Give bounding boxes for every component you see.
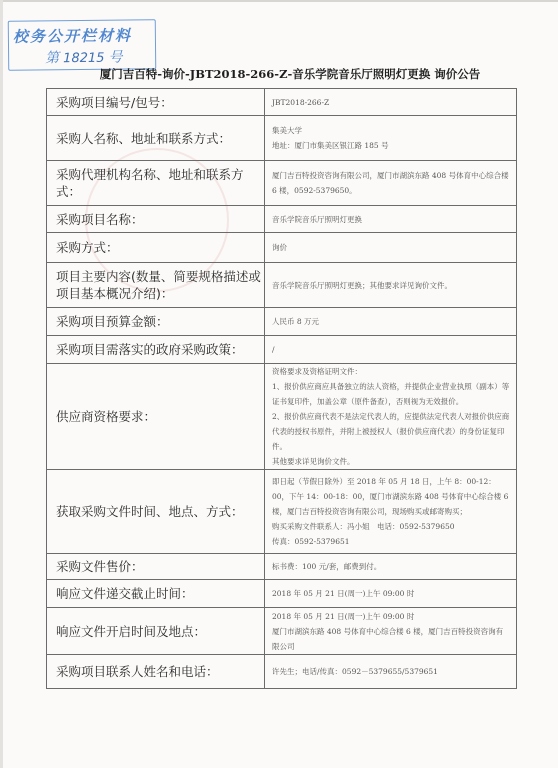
table-row: 采购方式： 询价 [47,233,517,263]
row-value: 2018 年 05 月 21 日(周一)上午 09:00 时 厦门市湖滨东路 4… [265,608,517,655]
value-line: 其他要求详见询价文件。 [272,454,510,469]
row-value: 音乐学院音乐厅照明灯更换；其他要求详见询价文件。 [265,263,517,308]
value-line: 询价 [272,240,510,255]
value-line: JBT2018-266-Z [272,95,510,110]
value-line: 2018 年 05 月 21 日(周一)上午 09:00 时 [272,609,510,624]
value-line: 地址：厦门市集美区银江路 185 号 [272,138,510,153]
value-line: 厦门吉百特投资咨询有限公司，厦门市湖滨东路 408 号体育中心综合楼 6 楼，0… [272,168,510,198]
table-row: 响应文件开启时间及地点： 2018 年 05 月 21 日(周一)上午 09:0… [47,608,517,655]
row-label: 项目主要内容(数量、简要规格描述或项目基本概况介绍)： [47,263,265,308]
table-row: 采购文件售价： 标书费：100 元/套，邮费到付。 [47,554,517,580]
table-row: 供应商资格要求： 资格要求及资格证明文件： 1、报价供应商应具备独立的法人资格，… [47,364,517,470]
stamp-suffix: 号 [108,50,122,66]
value-line: 1、报价供应商应具备独立的法人资格，并提供企业营业执照（副本）等证书复印件，加盖… [272,379,510,409]
row-value: 2018 年 05 月 21 日(周一)上午 09:00 时 [265,580,517,608]
row-value: 厦门吉百特投资咨询有限公司，厦门市湖滨东路 408 号体育中心综合楼 6 楼，0… [265,161,517,206]
table-row: 采购项目预算金额： 人民币 8 万元 [47,308,517,336]
value-line: 即日起（节假日除外）至 2018 年 05 月 18 日，上午 8：00-12：… [272,474,510,519]
row-label: 响应文件开启时间及地点： [47,608,265,655]
stamp-text: 校务公开栏材料 [13,24,132,46]
value-line: 音乐学院音乐厅照明灯更换；其他要求详见询价文件。 [272,278,510,293]
row-label: 供应商资格要求： [47,364,265,470]
table-row: 响应文件递交截止时间： 2018 年 05 月 21 日(周一)上午 09:00… [47,580,517,608]
value-line: 集美大学 [272,123,510,138]
table-row: 采购项目需落实的政府采购政策： / [47,336,517,364]
value-line: 2018 年 05 月 21 日(周一)上午 09:00 时 [272,586,510,601]
row-label: 采购人名称、地址和联系方式： [47,116,265,161]
value-line: / [272,342,510,357]
row-label: 响应文件递交截止时间： [47,580,265,608]
value-line: 2、报价供应商代表不是法定代表人的，应提供法定代表人对报价供应商代表的授权书原件… [272,409,510,454]
table-row: 采购项目联系人姓名和电话： 许先生；电话/传真：0592－5379655/537… [47,655,517,689]
stamp-prefix: 第 [45,50,59,66]
value-line: 标书费：100 元/套，邮费到付。 [272,559,510,574]
scan-edge-top [0,0,558,2]
row-value: / [265,336,517,364]
row-label: 采购方式： [47,233,265,263]
row-value: 标书费：100 元/套，邮费到付。 [265,554,517,580]
row-label: 采购项目预算金额： [47,308,265,336]
row-value: 询价 [265,233,517,263]
value-line: 资格要求及资格证明文件： [272,364,510,379]
value-line: 许先生；电话/传真：0592－5379655/5379651 [272,664,510,679]
announcement-table: 采购项目编号/包号： JBT2018-266-Z 采购人名称、地址和联系方式： … [46,88,517,689]
row-value: JBT2018-266-Z [265,89,517,116]
stamp-number: 18215 [63,51,105,66]
table-row: 采购项目名称： 音乐学院音乐厅照明灯更换 [47,206,517,233]
value-line: 厦门市湖滨东路 408 号体育中心综合楼 6 楼，厦门吉百特投资咨询有限公司 [272,624,510,654]
row-label: 采购代理机构名称、地址和联系方式： [47,161,265,206]
table-row: 采购项目编号/包号： JBT2018-266-Z [47,89,517,116]
row-value: 集美大学 地址：厦门市集美区银江路 185 号 [265,116,517,161]
row-label: 采购项目需落实的政府采购政策： [47,336,265,364]
value-line: 人民币 8 万元 [272,314,510,329]
value-line: 传真：0592-5379651 [272,534,510,549]
row-value: 人民币 8 万元 [265,308,517,336]
row-value: 资格要求及资格证明文件： 1、报价供应商应具备独立的法人资格，并提供企业营业执照… [265,364,517,470]
row-label: 采购项目编号/包号： [47,89,265,116]
value-line: 购买采购文件联系人：冯小姐 电话：0592-5379650 [272,519,510,534]
row-value: 即日起（节假日除外）至 2018 年 05 月 18 日，上午 8：00-12：… [265,470,517,554]
row-value: 音乐学院音乐厅照明灯更换 [265,206,517,233]
document-title: 厦门吉百特-询价-JBT2018-266-Z-音乐学院音乐厅照明灯更换 询价公告 [0,66,558,82]
archive-stamp: 校务公开栏材料 第18215号 [8,19,157,71]
table-row: 项目主要内容(数量、简要规格描述或项目基本概况介绍)： 音乐学院音乐厅照明灯更换… [47,263,517,308]
value-line: 音乐学院音乐厅照明灯更换 [272,212,510,227]
table-row: 采购人名称、地址和联系方式： 集美大学 地址：厦门市集美区银江路 185 号 [47,116,517,161]
table-row: 采购代理机构名称、地址和联系方式： 厦门吉百特投资咨询有限公司，厦门市湖滨东路 … [47,161,517,206]
row-label: 采购文件售价： [47,554,265,580]
row-label: 采购项目联系人姓名和电话： [47,655,265,689]
row-label: 获取采购文件时间、地点、方式： [47,470,265,554]
scan-edge-left [0,0,3,768]
row-value: 许先生；电话/传真：0592－5379655/5379651 [265,655,517,689]
row-label: 采购项目名称： [47,206,265,233]
stamp-number-line: 第18215号 [45,47,123,68]
table-row: 获取采购文件时间、地点、方式： 即日起（节假日除外）至 2018 年 05 月 … [47,470,517,554]
